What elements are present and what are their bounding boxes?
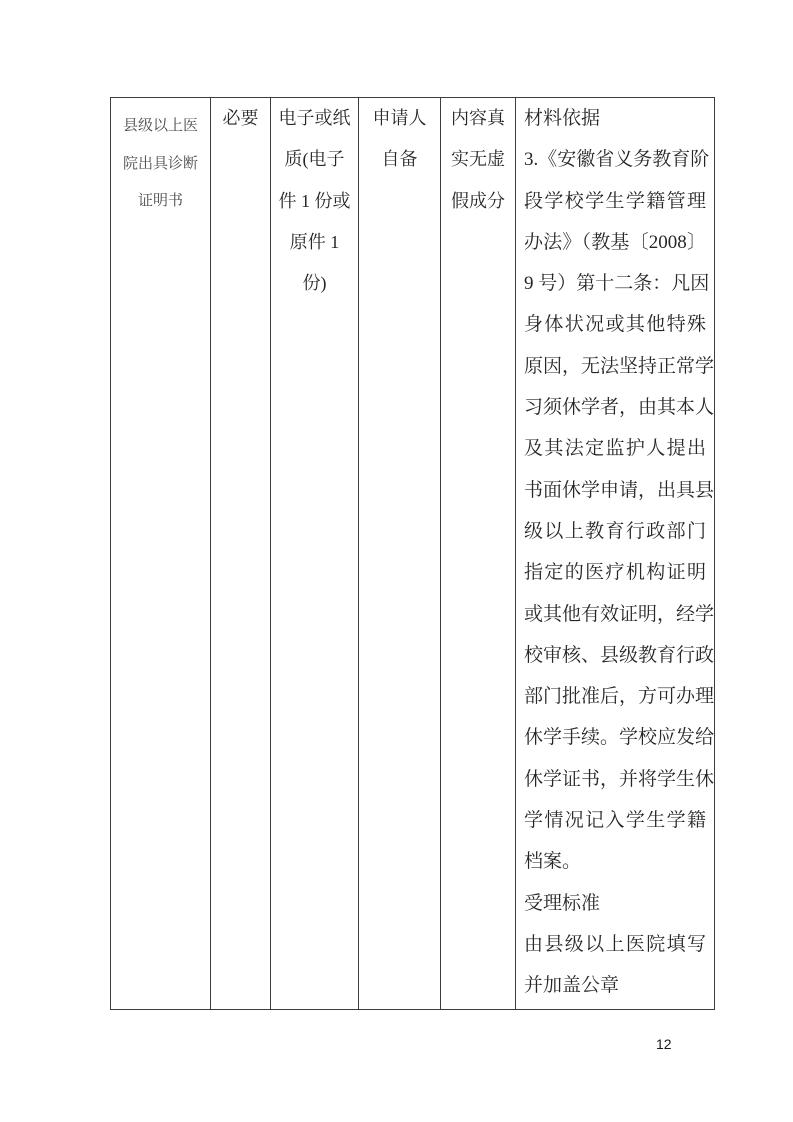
text-line: 档案。 [524, 841, 706, 882]
text-line: 或其他有效证明，经学 [524, 594, 706, 635]
text-line: 受理标准 [524, 883, 706, 924]
text-line: 证明书 [111, 182, 210, 220]
text-line: 县级以上医 [111, 107, 210, 145]
text-line: 质(电子 [271, 139, 358, 180]
cell-material-form: 电子或纸质(电子件 1 份或原件 1份) [271, 98, 359, 1009]
text-line: 及其法定监护人提出 [524, 428, 706, 469]
text-line: 自备 [359, 139, 440, 180]
text-line: 材料依据 [524, 98, 706, 139]
text-line: 电子或纸 [271, 98, 358, 139]
text-line: 校审核、县级教育行政 [524, 635, 706, 676]
text-line: 并加盖公章 [524, 965, 706, 1006]
material-info-table: 县级以上医院出具诊断证明书 必要 电子或纸质(电子件 1 份或原件 1份) 申请… [110, 97, 715, 1010]
text-line: 休学证书，并将学生休 [524, 759, 706, 800]
text-line: 办法》（教基〔2008〕 [524, 222, 706, 263]
text-line: 院出具诊断 [111, 145, 210, 183]
text-line: 份) [271, 263, 358, 304]
text-line: 申请人 [359, 98, 440, 139]
cell-acceptance-requirement: 内容真实无虚假成分 [441, 98, 516, 1009]
cell-material-name: 县级以上医院出具诊断证明书 [111, 98, 211, 1009]
text-line: 假成分 [441, 181, 515, 222]
cell-material-basis: 材料依据3.《安徽省义务教育阶段学校学生学籍管理办法》（教基〔2008〕9 号）… [516, 98, 714, 1009]
text-line: 习须休学者，由其本人 [524, 387, 706, 428]
text-line: 级以上教育行政部门 [524, 511, 706, 552]
text-line: 件 1 份或 [271, 181, 358, 222]
text-line: 部门批准后，方可办理 [524, 676, 706, 717]
text-line: 段学校学生学籍管理 [524, 181, 706, 222]
text-line: 3.《安徽省义务教育阶 [524, 139, 706, 180]
page-number: 12 [656, 1036, 672, 1052]
cell-necessity: 必要 [211, 98, 271, 1009]
text-line: 学情况记入学生学籍 [524, 800, 706, 841]
text-line: 书面休学申请，出具县 [524, 470, 706, 511]
cell-material-source: 申请人自备 [359, 98, 441, 1009]
text-line: 内容真 [441, 98, 515, 139]
text-line: 休学手续。学校应发给 [524, 717, 706, 758]
text-line: 身体状况或其他特殊 [524, 304, 706, 345]
text-line: 原件 1 [271, 222, 358, 263]
text-line: 由县级以上医院填写 [524, 924, 706, 965]
text-line: 必要 [211, 98, 270, 139]
text-line: 指定的医疗机构证明 [524, 552, 706, 593]
text-line: 9 号）第十二条：凡因 [524, 263, 706, 304]
text-line: 原因，无法坚持正常学 [524, 346, 706, 387]
text-line: 实无虚 [441, 139, 515, 180]
